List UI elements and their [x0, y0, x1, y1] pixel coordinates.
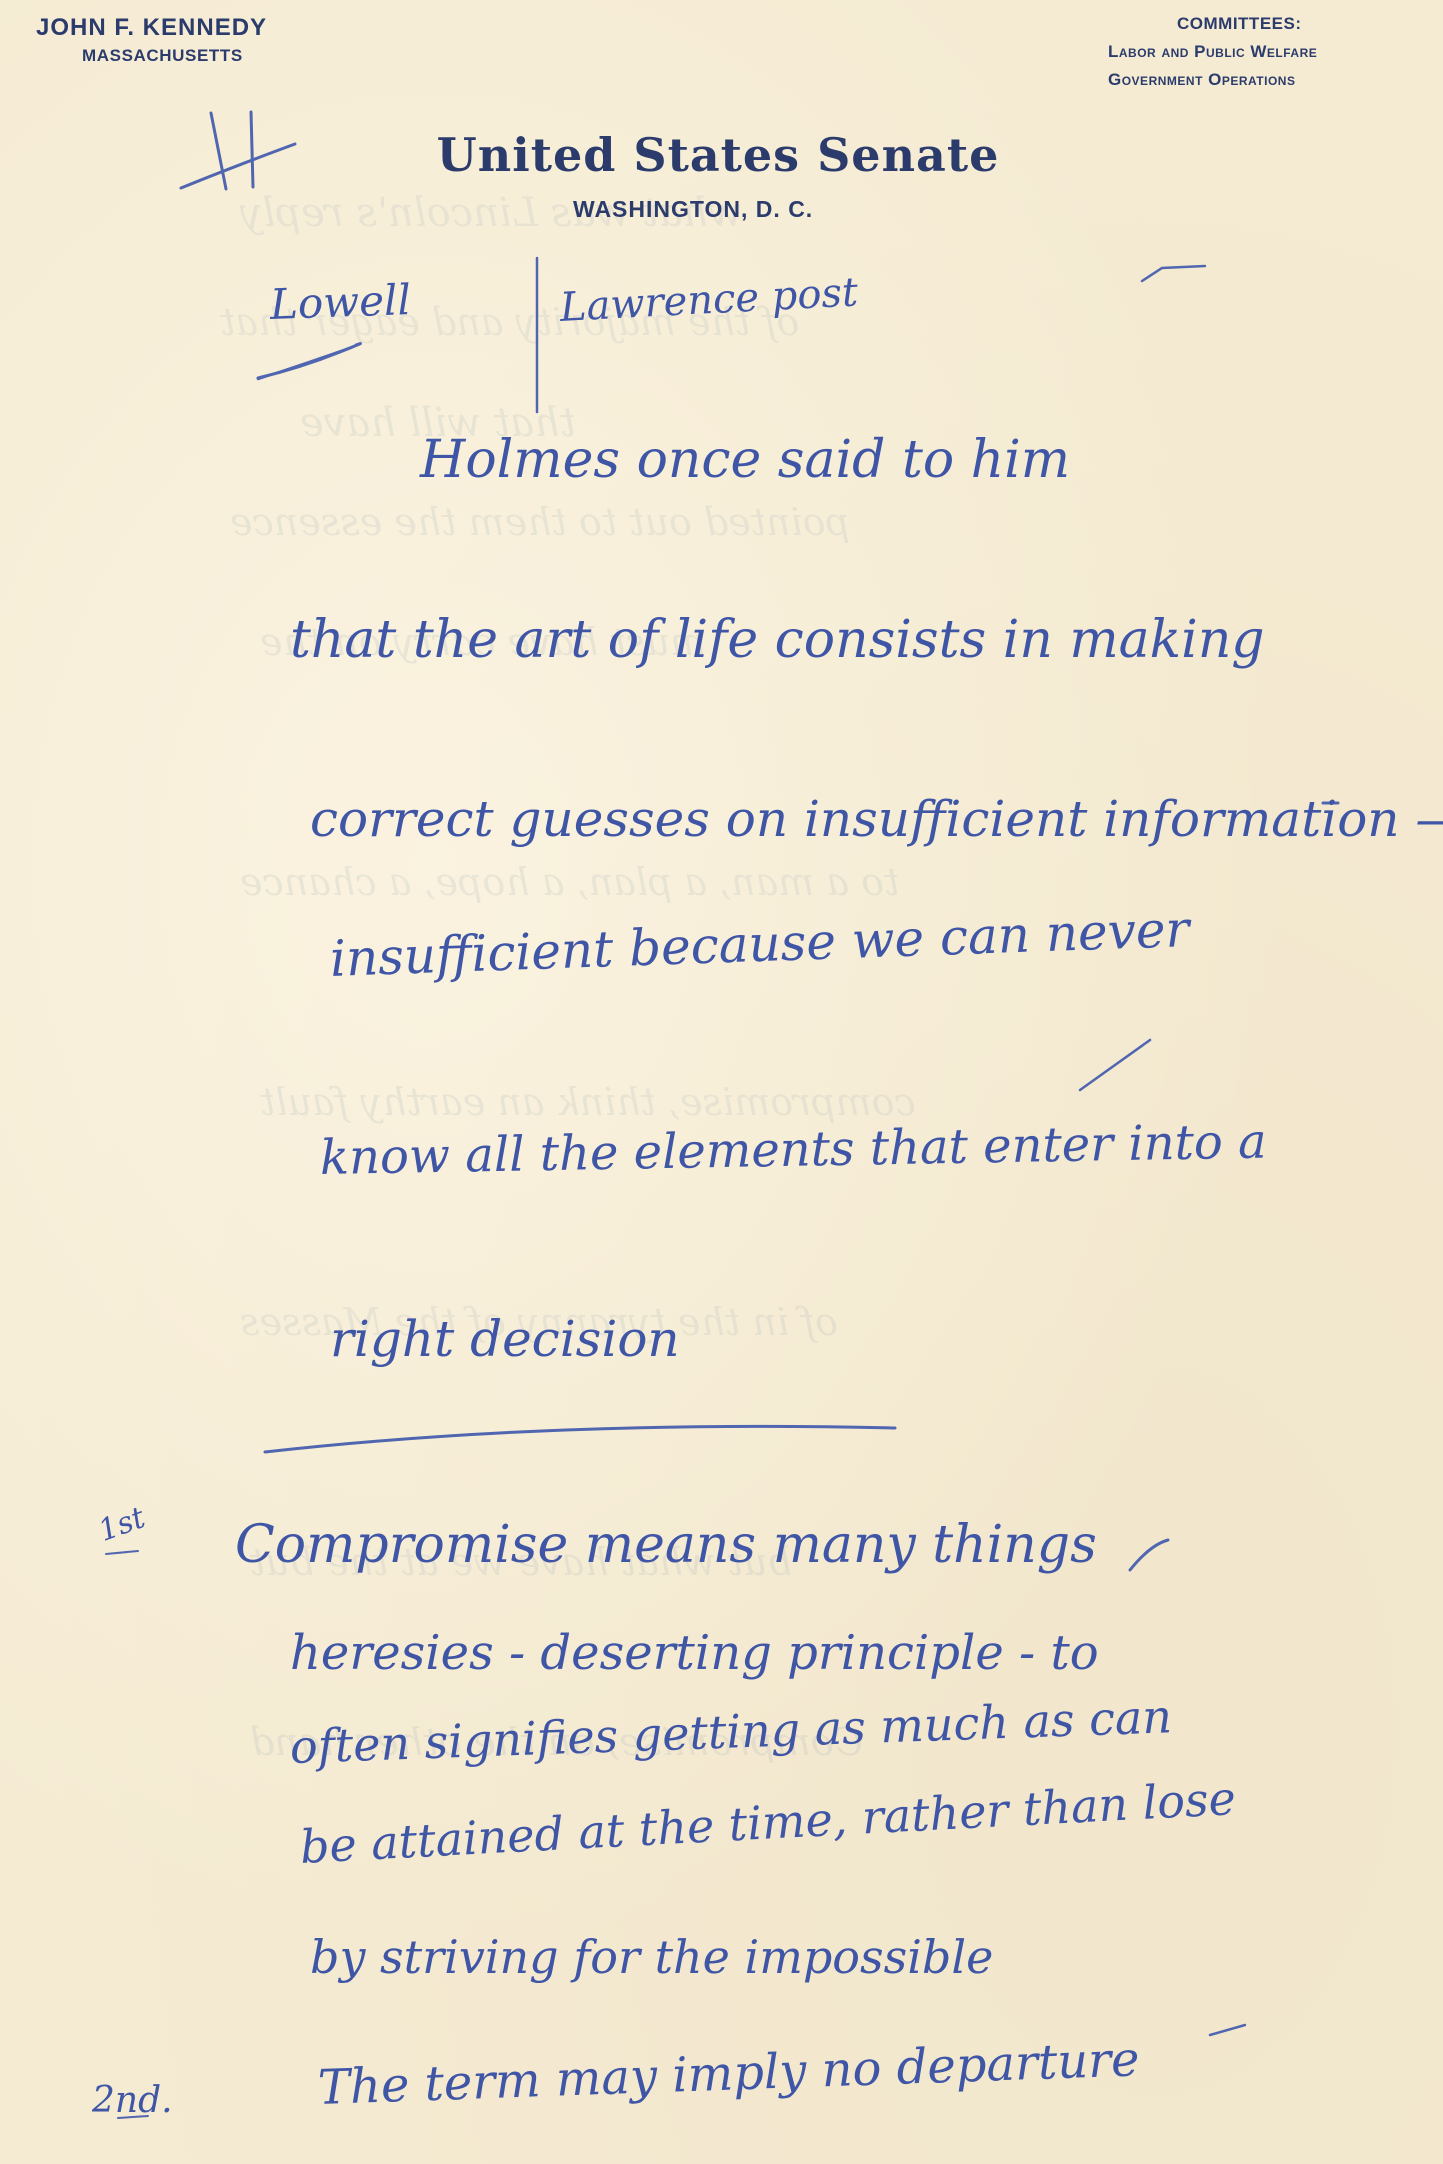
note-line: correct guesses on insufficient informat… — [310, 790, 1443, 848]
heading-left: Lowell — [269, 275, 411, 329]
senator-name: JOHN F. KENNEDY — [36, 14, 267, 42]
committee-item: Government Operations — [1108, 70, 1295, 90]
senator-state: MASSACHUSETTS — [82, 46, 243, 66]
bleed-through-text: pointed out to them the essence — [230, 500, 850, 544]
location-line: WASHINGTON, D. C. — [573, 196, 813, 223]
bleed-through-text: compromise, think an earthy fault — [260, 1080, 916, 1124]
note-line: Holmes once said to him — [420, 430, 1070, 490]
bleed-through-text: to a man, a plan, a hope, a chance — [240, 860, 899, 904]
section-marker: 2nd. — [92, 2080, 173, 2121]
committee-item: Labor and Public Welfare — [1108, 42, 1317, 62]
committees-heading: COMMITTEES: — [1177, 14, 1302, 34]
institution-title: United States Senate — [408, 128, 1028, 182]
section-line: Compromise means many things — [235, 1515, 1097, 1575]
section-line: by striving for the impossible — [310, 1930, 993, 1984]
note-line: right decision — [330, 1310, 680, 1368]
note-line: that the art of life consists in making — [290, 610, 1265, 670]
section-line: heresies - deserting principle - to — [290, 1625, 1099, 1681]
